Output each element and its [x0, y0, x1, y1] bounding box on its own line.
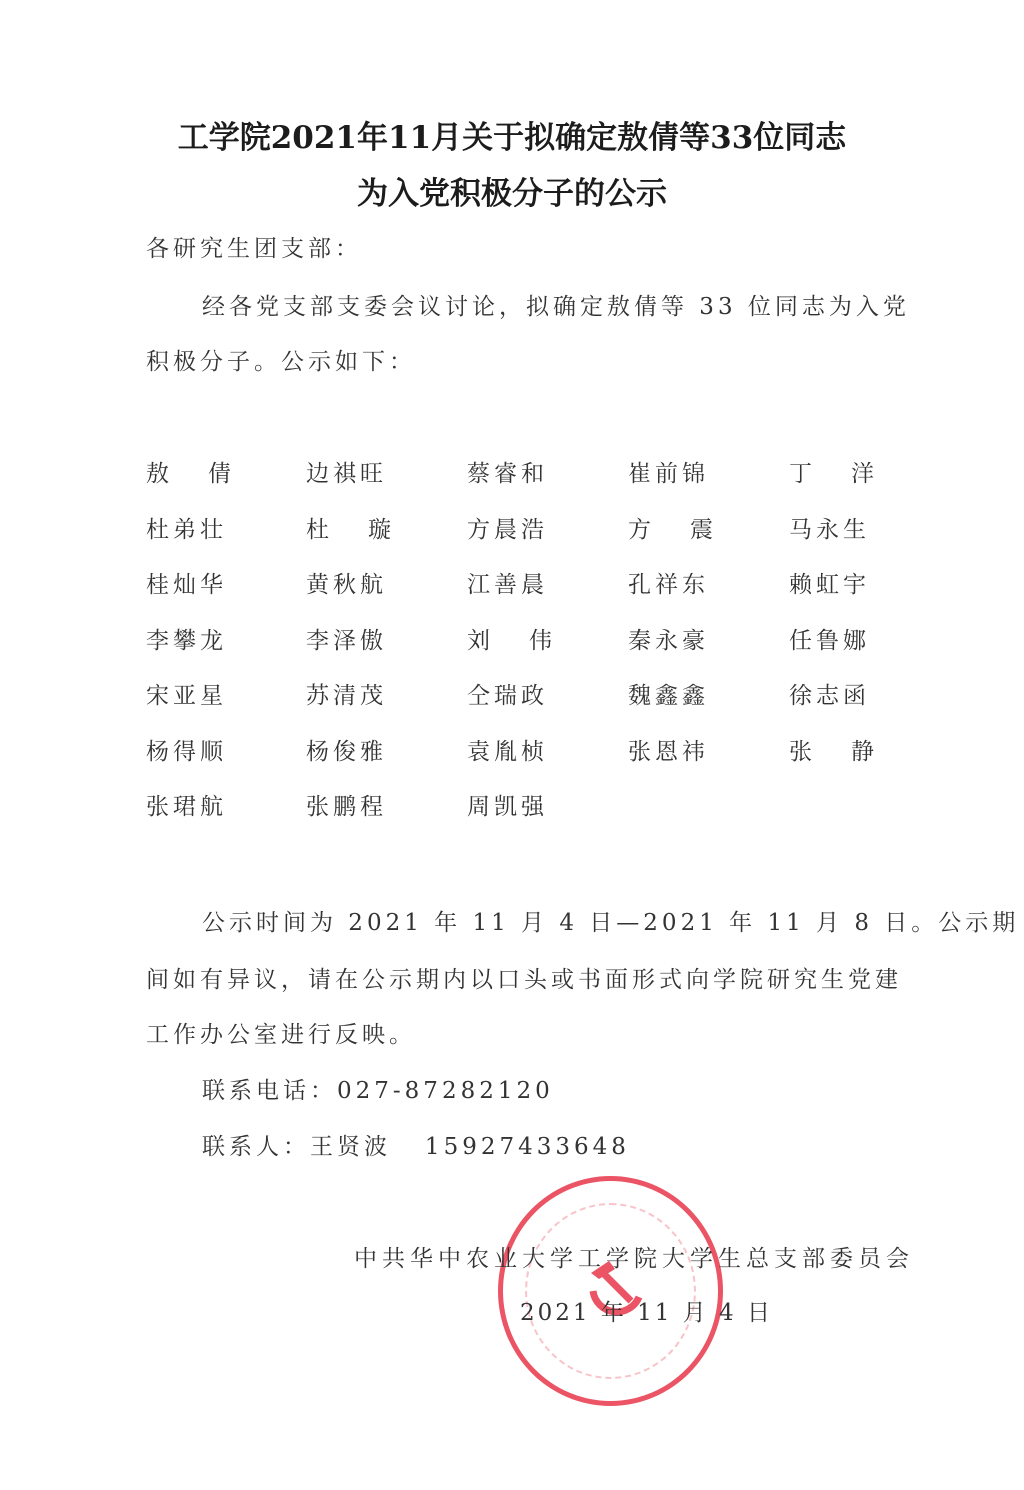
name-entry: 徐志函 [789, 677, 870, 710]
name-entry: 李泽傲 [306, 622, 387, 655]
signature-organization: 中共华中农业大学工学院大学生总支部委员会 [354, 1240, 914, 1273]
intro-line-2: 积极分子。公示如下： [146, 343, 416, 376]
name-entry: 桂灿华 [146, 566, 227, 599]
notice-line-3: 工作办公室进行反映。 [146, 1016, 416, 1049]
contact-phone: 联系电话：027-87282120 [202, 1072, 554, 1105]
name-entry: 杨得顺 [146, 733, 227, 766]
name-entry: 丁洋 [789, 455, 874, 488]
name-entry: 刘伟 [467, 622, 552, 655]
name-entry: 江善晨 [467, 566, 548, 599]
name-entry: 苏清茂 [306, 677, 387, 710]
name-entry: 周凯强 [467, 788, 548, 821]
name-entry: 秦永豪 [628, 622, 709, 655]
name-entry: 方晨浩 [467, 511, 548, 544]
document-title-line1: 工学院2021年11月关于拟确定敖倩等33位同志 [0, 112, 1024, 157]
name-entry: 杨俊雅 [306, 733, 387, 766]
notice-line-1: 公示时间为 2021 年 11 月 4 日—2021 年 11 月 8 日。公示… [202, 904, 1019, 937]
salutation: 各研究生团支部： [146, 230, 362, 263]
official-seal [498, 1176, 723, 1406]
name-entry: 魏鑫鑫 [628, 677, 709, 710]
intro-line-1: 经各党支部支委会议讨论，拟确定敖倩等 33 位同志为入党 [202, 288, 910, 321]
name-entry: 任鲁娜 [789, 622, 870, 655]
name-entry: 杜璇 [306, 511, 391, 544]
name-entry: 赖虹宇 [789, 566, 870, 599]
name-entry: 张鹏程 [306, 788, 387, 821]
signature-date: 2021 年 11 月 4 日 [520, 1294, 773, 1327]
name-entry: 张珺航 [146, 788, 227, 821]
document-title-line2: 为入党积极分子的公示 [0, 168, 1024, 213]
name-entry: 宋亚星 [146, 677, 227, 710]
name-entry: 黄秋航 [306, 566, 387, 599]
name-entry: 张恩祎 [628, 733, 709, 766]
name-entry: 马永生 [789, 511, 870, 544]
name-entry: 孔祥东 [628, 566, 709, 599]
name-entry: 崔前锦 [628, 455, 709, 488]
name-entry: 方震 [628, 511, 713, 544]
name-entry: 仝瑞政 [467, 677, 548, 710]
name-entry: 袁胤桢 [467, 733, 548, 766]
name-entry: 杜弟壮 [146, 511, 227, 544]
name-entry: 蔡睿和 [467, 455, 548, 488]
name-entry: 敖倩 [146, 455, 231, 488]
name-entry: 李攀龙 [146, 622, 227, 655]
contact-person: 联系人：王贤波 15927433648 [202, 1128, 630, 1161]
name-entry: 边祺旺 [306, 455, 387, 488]
notice-line-2: 间如有异议，请在公示期内以口头或书面形式向学院研究生党建 [146, 961, 902, 994]
name-entry: 张静 [789, 733, 874, 766]
